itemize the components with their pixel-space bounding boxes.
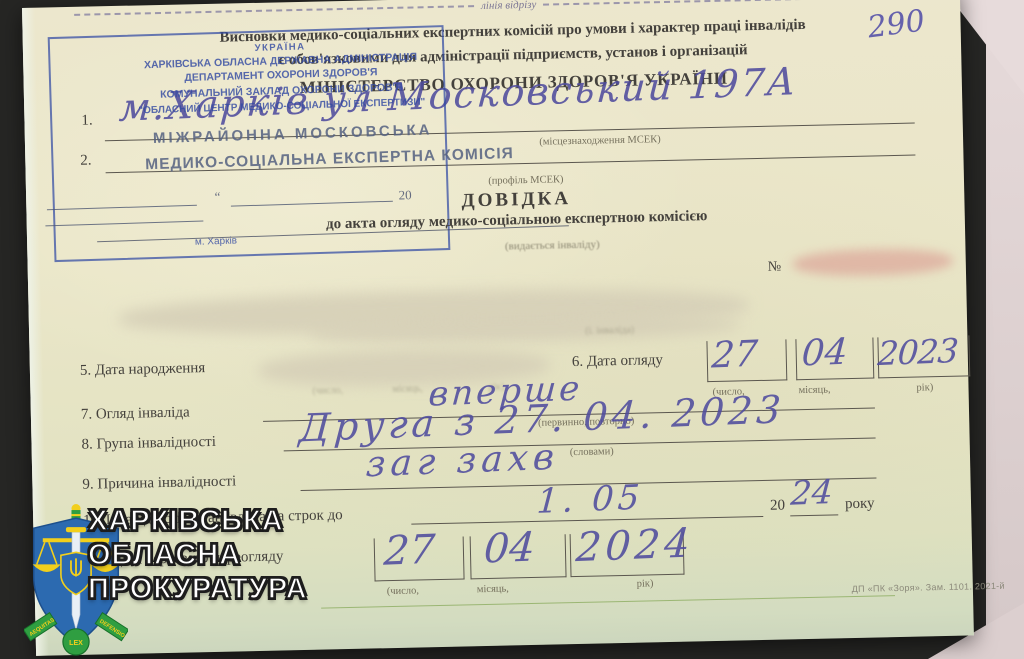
field11-month-value: 04 bbox=[482, 524, 536, 572]
field6-label: 6. Дата огляду bbox=[572, 352, 663, 371]
field9-handwritten-value: заг захв bbox=[365, 437, 561, 486]
cut-line-dash bbox=[543, 0, 902, 6]
field10-year-line bbox=[790, 514, 838, 516]
background-table-surface bbox=[986, 0, 1024, 659]
field10-label: 10. Інвалідність встановлена на строк до bbox=[83, 507, 343, 530]
field6-caption-month: місяць, bbox=[798, 384, 830, 396]
field6-year-value: 2023 bbox=[876, 331, 958, 373]
field11-year-value: 2024 bbox=[574, 520, 695, 571]
field11-day-value: 27 bbox=[382, 527, 436, 575]
field11-caption-day: (число, bbox=[387, 585, 419, 597]
stamp-commission-name: МЕДИКО-СОЦІАЛЬНА ЕКСПЕРТНА КОМІСІЯ bbox=[89, 143, 569, 176]
field7-label: 7. Огляд інваліда bbox=[81, 404, 190, 423]
field6-caption-year: рік) bbox=[916, 382, 933, 393]
field10-year-handwritten: 24 bbox=[789, 472, 834, 513]
field11-label: 11. Дата чергового переогляду bbox=[90, 548, 284, 569]
field8-label: 8. Група інвалідності bbox=[81, 434, 216, 454]
certificate-number-label: № bbox=[768, 260, 782, 276]
field6-month-value: 04 bbox=[800, 332, 848, 375]
field5-label: 5. Дата народження bbox=[80, 360, 206, 380]
name-caption-blurred: (і. інваліда) bbox=[585, 325, 634, 337]
field10-handwritten-value: 1. 05 bbox=[536, 478, 645, 522]
field5-caption-month: місяць, bbox=[392, 383, 423, 395]
field6-day-value: 27 bbox=[710, 334, 758, 377]
field11-caption-year: рік) bbox=[637, 578, 654, 589]
field9-label: 9. Причина інвалідності bbox=[82, 473, 236, 493]
field10-suffix: року bbox=[845, 496, 875, 514]
field5-caption-day: (число, bbox=[312, 385, 343, 397]
cut-line-label: лінія відрізу bbox=[481, 0, 537, 12]
document-paper: лінія відрізу 290 Висновки медико-соціал… bbox=[22, 0, 974, 656]
photo-scene: лінія відрізу 290 Висновки медико-соціал… bbox=[0, 0, 1024, 659]
printer-imprint: ДП «ПК «Зоря». Зам. 1101. 2021-й bbox=[753, 581, 1005, 596]
form-bottom-border bbox=[321, 595, 895, 609]
field10-year-prefix: 20 bbox=[770, 497, 785, 514]
stamp-commission-district: МІЖРАЙОННА МОСКОВСЬКА bbox=[93, 120, 493, 149]
paper-edge bbox=[22, 8, 49, 656]
cut-line-dash bbox=[74, 5, 474, 16]
field11-caption-month: місяць, bbox=[477, 584, 509, 596]
certificate-number-redaction bbox=[792, 248, 953, 277]
